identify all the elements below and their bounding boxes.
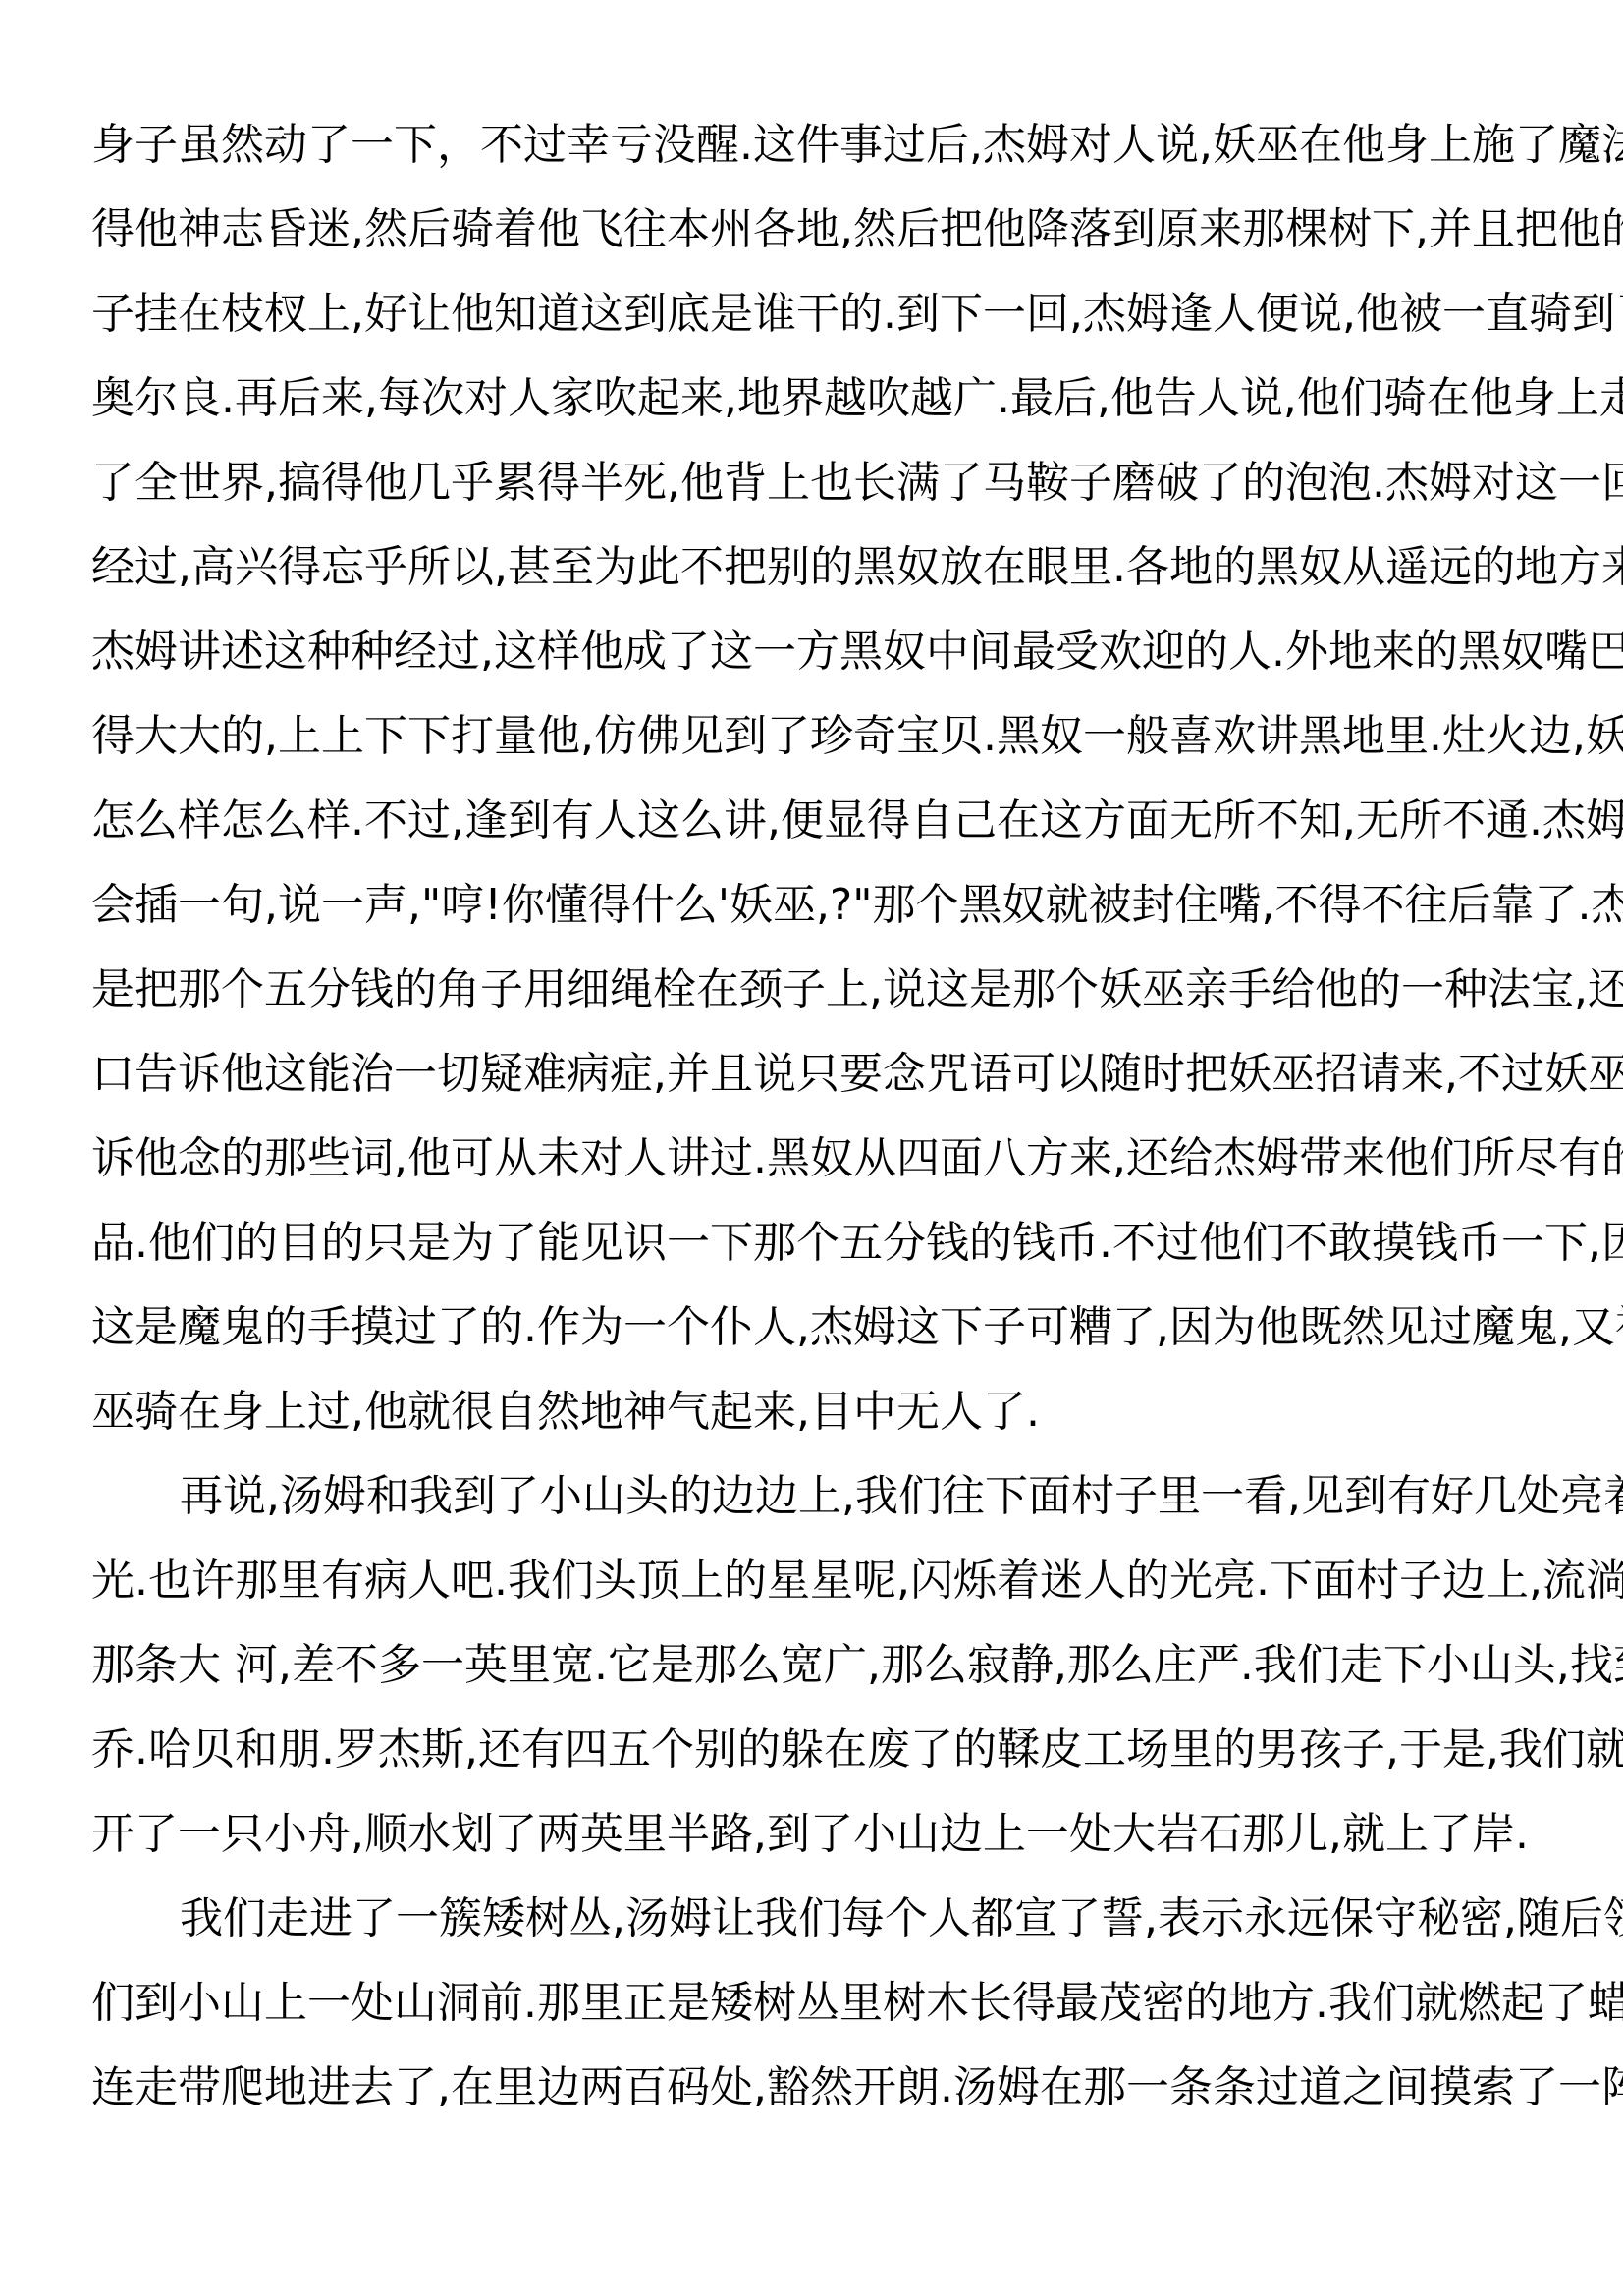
text-line: 我们走进了一簇矮树丛,汤姆让我们每个人都宣了誓,表示永远保守秘密,随后领他 — [91, 1884, 1539, 1968]
text-line: 再说,汤姆和我到了小山头的边边上,我们往下面村子里一看,见到有好几处亮着灯 — [91, 1461, 1539, 1546]
document-page: 身子虽然动了一下，不过幸亏没醒.这件事过后,杰姆对人说,妖巫在他身上施了魔法,弄… — [91, 110, 1539, 2137]
text-line: 开了一只小舟,顺水划了两英里半路,到了小山边上一处大岩石那儿,就上了岸. — [91, 1799, 1539, 1884]
text-line: 奥尔良.再后来,每次对人家吹起来,地界越吹越广.最后,他告人说,他们骑在他身上走… — [91, 363, 1539, 448]
text-line: 了全世界,搞得他几乎累得半死,他背上也长满了马鞍子磨破了的泡泡.杰姆对这一回的 — [91, 448, 1539, 532]
text-line: 乔.哈贝和朋.罗杰斯,还有四五个别的躲在废了的鞣皮工场里的男孩子,于是,我们就解 — [91, 1715, 1539, 1799]
text-line: 们到小山上一处山洞前.那里正是矮树丛里树木长得最茂密的地方.我们就燃起了蜡烛, — [91, 1968, 1539, 2052]
text-line: 口告诉他这能治一切疑难病症,并且说只要念咒语可以随时把妖巫招请来,不过妖巫告 — [91, 1039, 1539, 1123]
text-line: 得他神志昏迷,然后骑着他飞往本州各地,然后把他降落到原来那棵树下,并且把他的帽 — [91, 194, 1539, 279]
text-line: 连走带爬地进去了,在里边两百码处,豁然开朗.汤姆在那一条条过道之间摸索了一阵子, — [91, 2052, 1539, 2137]
text-line: 是把那个五分钱的角子用细绳栓在颈子上,说这是那个妖巫亲手给他的一种法宝,还亲 — [91, 955, 1539, 1039]
text-line: 杰姆讲述这种种经过,这样他成了这一方黑奴中间最受欢迎的人.外地来的黑奴嘴巴张 — [91, 617, 1539, 701]
text-line: 巫骑在身上过,他就很自然地神气起来,目中无人了. — [91, 1377, 1539, 1461]
paragraph-1: 身子虽然动了一下，不过幸亏没醒.这件事过后,杰姆对人说,妖巫在他身上施了魔法,弄… — [91, 110, 1539, 1461]
text-line: 品.他们的目的只是为了能见识一下那个五分钱的钱币.不过他们不敢摸钱币一下,因为 — [91, 1208, 1539, 1292]
paragraph-3: 我们走进了一簇矮树丛,汤姆让我们每个人都宣了誓,表示永远保守秘密,随后领他 们到… — [91, 1884, 1539, 2137]
text-line: 这是魔鬼的手摸过了的.作为一个仆人,杰姆这下子可糟了,因为他既然见过魔鬼,又被妖 — [91, 1292, 1539, 1377]
text-line: 会插一句,说一声,"哼!你懂得什么'妖巫,?"那个黑奴就被封住嘴,不得不往后靠了… — [91, 870, 1539, 955]
text-line: 身子虽然动了一下，不过幸亏没醒.这件事过后,杰姆对人说,妖巫在他身上施了魔法,弄 — [91, 110, 1539, 194]
text-line: 经过,高兴得忘乎所以,甚至为此不把别的黑奴放在眼里.各地的黑奴从遥远的地方来听 — [91, 532, 1539, 617]
text-line: 子挂在枝杈上,好让他知道这到底是谁干的.到下一回,杰姆逢人便说,他被一直骑到了新 — [91, 279, 1539, 363]
text-line: 怎么样怎么样.不过,逢到有人这么讲,便显得自己在这方面无所不知,无所不通.杰姆总 — [91, 786, 1539, 870]
text-line: 那条大 河,差不多一英里宽.它是那么宽广,那么寂静,那么庄严.我们走下小山头,找… — [91, 1630, 1539, 1715]
text-line: 光.也许那里有病人吧.我们头顶上的星星呢,闪烁着迷人的光亮.下面村子边上,流淌着 — [91, 1546, 1539, 1630]
text-line: 得大大的,上上下下打量他,仿佛见到了珍奇宝贝.黑奴一般喜欢讲黑地里.灶火边,妖巫 — [91, 701, 1539, 786]
paragraph-2: 再说,汤姆和我到了小山头的边边上,我们往下面村子里一看,见到有好几处亮着灯 光.… — [91, 1461, 1539, 1884]
text-line: 诉他念的那些词,他可从未对人讲过.黑奴从四面八方来,还给杰姆带来他们所尽有的礼 — [91, 1123, 1539, 1208]
